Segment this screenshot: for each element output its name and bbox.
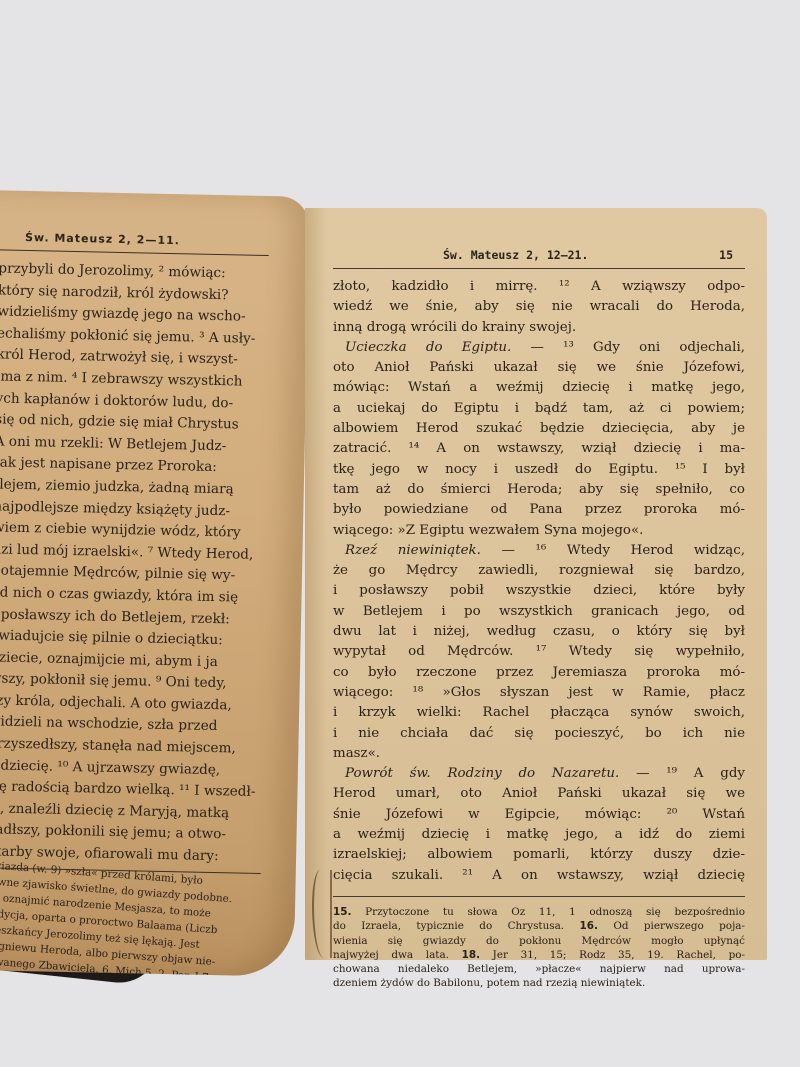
text-line: że go Mędrcy zawiedli, rozgniewał się ba… [333, 561, 745, 581]
text-line: a weźmij dziecię i matkę jego, a idź do … [333, 825, 745, 845]
text-line: i nie chciała dać się pocieszyć, bo ich … [333, 724, 745, 744]
line-text: że go Mędrcy zawiedli, rozgniewał się ba… [333, 563, 745, 578]
line-text: izraelskiej; albowiem pomarli, którzy du… [333, 847, 745, 862]
line-text: oto Anioł Pański ukazał się we śnie Józe… [333, 360, 745, 375]
text-line: śnie Józefowi w Egipcie, mówiąc: ²⁰ Wsta… [333, 805, 745, 825]
text-line: tkę jego w nocy i uszedł do Egiptu. ¹⁵ I… [333, 460, 745, 480]
line-text: a weźmij dziecię i matkę jego, a idź do … [333, 827, 745, 842]
text-line: złoto, kadzidło i mirrę. ¹² A wziąwszy o… [333, 277, 745, 297]
line-text: albowiem Herod szukać będzie dziecięcia,… [333, 421, 745, 436]
line-text: — ¹³ Gdy oni odjechali, [511, 340, 745, 355]
text-line: i posławszy pobił wszystkie dzieci, któr… [333, 581, 745, 601]
right-running-head: Św. Mateusz 2, 12—21. [443, 248, 588, 262]
text-line: Powrót św. Rodziny do Nazaretu. — ¹⁹ A g… [333, 764, 745, 784]
line-text: — ¹⁶ Wtedy Herod widząc, [481, 543, 745, 558]
left-page: Św. Mateusz 2, 2—11. przybyli do Jerozol… [0, 190, 310, 977]
footnote-text: do Izraela, typicznie do Chrystusa. [333, 920, 580, 932]
left-footnotes: gwiazda (w. 9) »szła« przed królami, był… [0, 857, 276, 977]
footnote-text: chowana niedaleko Betlejem, »płacze« naj… [333, 963, 745, 975]
section-heading: Ucieczka do Egiptu. [345, 340, 511, 355]
line-text: śnie Józefowi w Egipcie, mówiąc: ²⁰ Wsta… [333, 807, 745, 822]
line-text: Herod umarł, oto Anioł Pański ukazał się… [333, 786, 745, 801]
footnote-text: dzeniem żydów do Babilonu, potem nad rze… [333, 977, 645, 989]
line-text: wiącego: »Z Egiptu wezwałem Syna mojego«… [333, 523, 643, 538]
text-line: w Betlejem i po wszystkich granicach jeg… [333, 602, 745, 622]
footnote-line: do Izraela, typicznie do Chrystusa. 16. … [333, 919, 745, 933]
line-text: — ¹⁹ A gdy [619, 766, 745, 781]
footnote-text: Od pierwszego poja- [598, 920, 745, 932]
text-line: wiedź we śnie, aby się nie wracali do He… [333, 297, 745, 317]
book-gutter [305, 208, 327, 960]
text-line: masz«. [333, 744, 745, 764]
line-text: dwu lat i niżej, według czasu, o który s… [333, 624, 745, 639]
text-line: dwu lat i niżej, według czasu, o który s… [333, 622, 745, 642]
text-line: wypytał od Mędrców. ¹⁷ Wtedy się wypełni… [333, 642, 745, 662]
line-text: złoto, kadzidło i mirrę. ¹² A wziąwszy o… [333, 279, 745, 294]
line-text: i krzyk wielki: Rachel płacząca synów sw… [333, 705, 745, 720]
line-text: wypytał od Mędrców. ¹⁷ Wtedy się wypełni… [333, 644, 745, 659]
right-footnotes: 15. Przytoczone tu słowa Oz 11, 1 odnosz… [333, 905, 745, 991]
text-line: oto Anioł Pański ukazał się we śnie Józe… [333, 358, 745, 378]
footnote-number: 15. [333, 906, 351, 918]
text-line: wiącego: ¹⁸ »Głos słyszan jest w Ramie, … [333, 683, 745, 703]
line-text: wiącego: ¹⁸ »Głos słyszan jest w Ramie, … [333, 685, 745, 700]
footnote-text: Przytoczone tu słowa Oz 11, 1 odnoszą si… [351, 906, 745, 918]
line-text: zatracić. ¹⁴ A on wstawszy, wziął dzieci… [333, 441, 745, 456]
text-line: zatracić. ¹⁴ A on wstawszy, wziął dzieci… [333, 439, 745, 459]
footnote-line: dzeniem żydów do Babilonu, potem nad rze… [333, 976, 745, 990]
line-text: w Betlejem i po wszystkich granicach jeg… [333, 604, 745, 619]
right-body-text: złoto, kadzidło i mirrę. ¹² A wziąwszy o… [333, 277, 745, 886]
footnote-rule [333, 896, 745, 897]
footnote-text: Jer 31, 15; Rodz 35, 19. Rachel, po- [480, 949, 745, 961]
footnote-text: wienia się gwiazdy do pokłonu Mędrców mo… [333, 935, 745, 947]
section-heading: Powrót św. Rodziny do Nazaretu. [345, 766, 619, 781]
text-line: a uciekaj do Egiptu i bądź tam, aż ci po… [333, 399, 745, 419]
header-rule [333, 268, 745, 269]
line-text: mówiąc: Wstań a weźmij dziecię i matkę j… [333, 380, 745, 395]
text-line: Ucieczka do Egiptu. — ¹³ Gdy oni odjecha… [333, 338, 745, 358]
text-line: Herod umarł, oto Anioł Pański ukazał się… [333, 784, 745, 804]
text-line: Rzeź niewiniątek. — ¹⁶ Wtedy Herod widzą… [333, 541, 745, 561]
open-book-photo: Św. Mateusz 2, 2—11. przybyli do Jerozol… [0, 0, 800, 1067]
text-line: było powiedziane od Pana przez proroka m… [333, 500, 745, 520]
line-text: co było rzeczone przez Jeremiasza prorok… [333, 665, 745, 680]
line-text: i nie chciała dać się pocieszyć, bo ich … [333, 726, 745, 741]
footnote-line: najwyżej dwa lata. 18. Jer 31, 15; Rodz … [333, 948, 745, 962]
text-line: izraelskiej; albowiem pomarli, którzy du… [333, 845, 745, 865]
footnote-line: 15. Przytoczone tu słowa Oz 11, 1 odnosz… [333, 905, 745, 919]
line-text: inną drogą wrócili do krainy swojej. [333, 320, 576, 335]
text-line: tam aż do śmierci Heroda; aby się spełni… [333, 480, 745, 500]
line-text: było powiedziane od Pana przez proroka m… [333, 502, 745, 517]
text-line: cięcia szukali. ²¹ A on wstawszy, wziął … [333, 866, 745, 886]
text-line: mówiąc: Wstań a weźmij dziecię i matkę j… [333, 378, 745, 398]
footnote-number: 16. [580, 920, 598, 932]
line-text: masz«. [333, 746, 380, 761]
footnote-number: 18. [462, 949, 480, 961]
text-line: co było rzeczone przez Jeremiasza prorok… [333, 663, 745, 683]
right-header: Św. Mateusz 2, 12—21. 15 [333, 248, 745, 262]
footnote-line: wienia się gwiazdy do pokłonu Mędrców mo… [333, 934, 745, 948]
line-text: tkę jego w nocy i uszedł do Egiptu. ¹⁵ I… [333, 462, 745, 477]
text-line: wiącego: »Z Egiptu wezwałem Syna mojego«… [333, 521, 745, 541]
right-page: Św. Mateusz 2, 12—21. 15 złoto, kadzidło… [305, 208, 767, 960]
line-text: i posławszy pobił wszystkie dzieci, któr… [333, 583, 745, 598]
header-rule [0, 249, 269, 256]
left-body-text: przybyli do Jerozolimy, ² mówiąc:który s… [0, 258, 289, 869]
line-text: cięcia szukali. ²¹ A on wstawszy, wziął … [333, 868, 745, 883]
page-number: 15 [719, 248, 733, 262]
footnote-line: chowana niedaleko Betlejem, »płacze« naj… [333, 962, 745, 976]
text-line: i krzyk wielki: Rachel płacząca synów sw… [333, 703, 745, 723]
line-text: tam aż do śmierci Heroda; aby się spełni… [333, 482, 745, 497]
section-heading: Rzeź niewiniątek. [345, 543, 481, 558]
text-line: albowiem Herod szukać będzie dziecięcia,… [333, 419, 745, 439]
left-running-head: Św. Mateusz 2, 2—11. [0, 230, 289, 249]
line-text: a uciekaj do Egiptu i bądź tam, aż ci po… [333, 401, 745, 416]
footnote-text: najwyżej dwa lata. [333, 949, 462, 961]
line-text: wiedź we śnie, aby się nie wracali do He… [333, 299, 745, 314]
text-line: inną drogą wrócili do krainy swojej. [333, 318, 745, 338]
